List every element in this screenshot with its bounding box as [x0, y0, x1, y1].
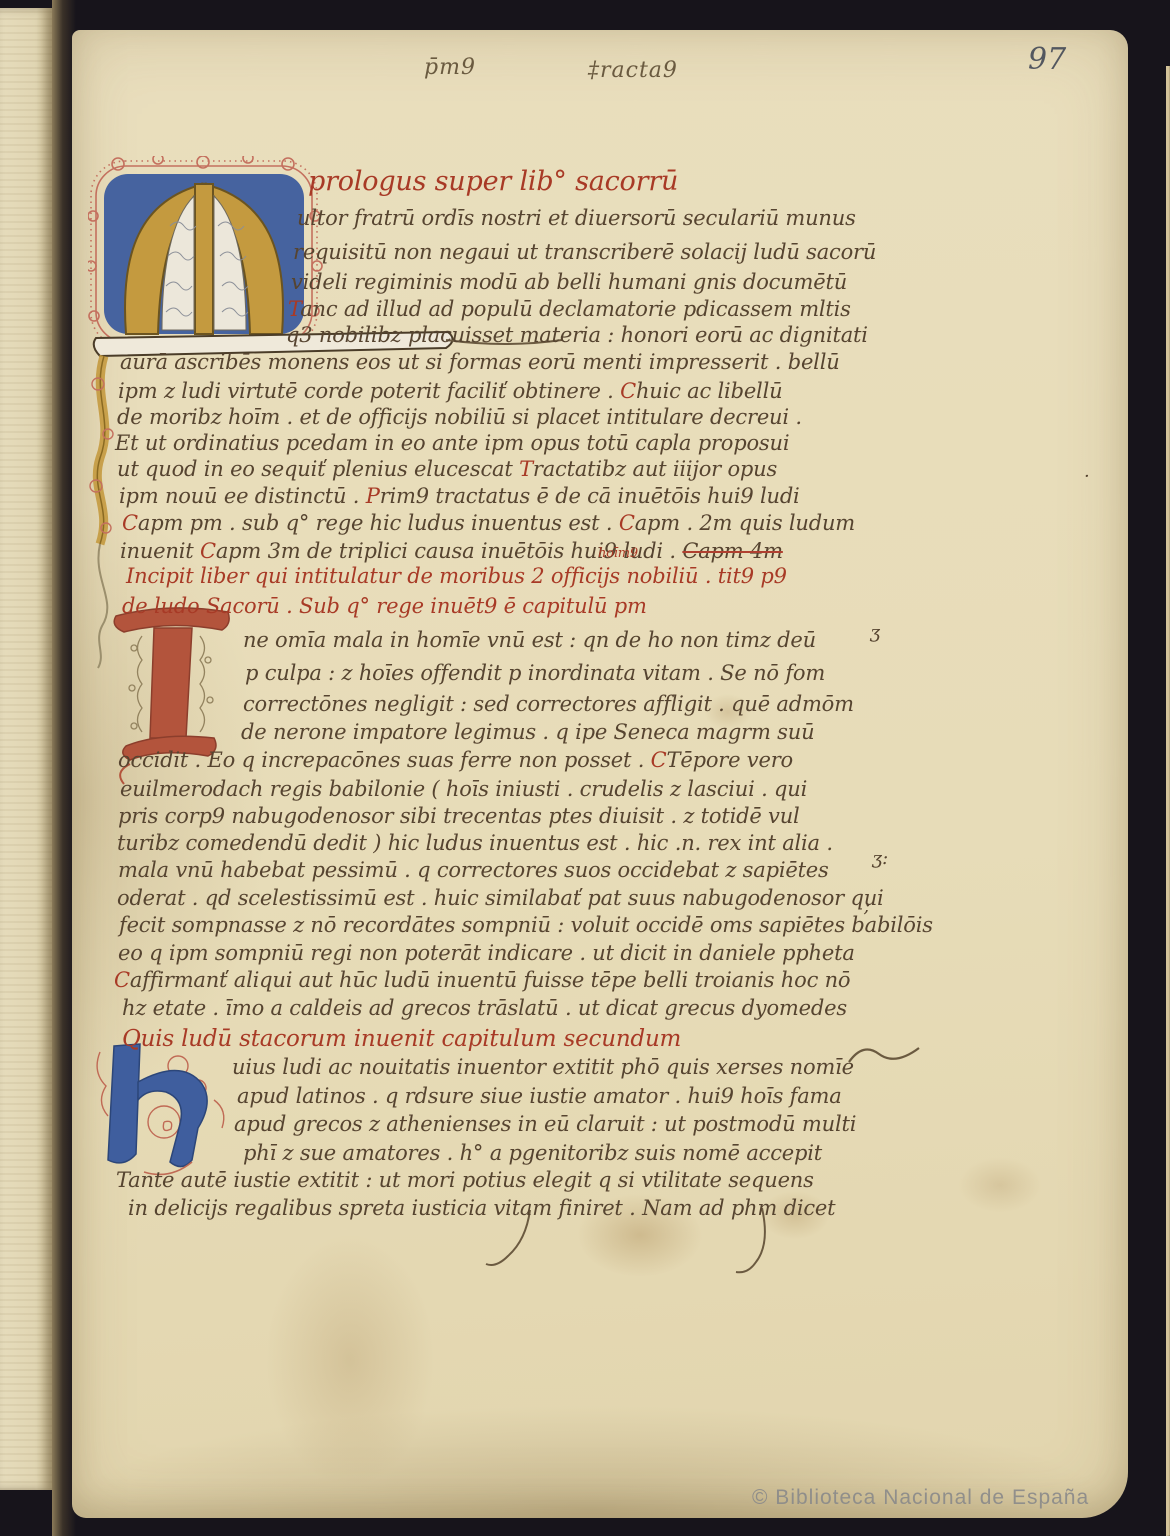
illuminated-initial-h [94, 1036, 244, 1196]
header-left-annotation: p̄m9 [424, 55, 476, 80]
header-center-annotation: ‡racta9 [588, 58, 678, 83]
margin-flourish [845, 1028, 925, 1072]
page-edge-stack [1166, 66, 1170, 1536]
pen-descenders [470, 1208, 790, 1303]
folio-number: 97 [1028, 42, 1066, 77]
watermark: © Biblioteca Nacional de España [752, 1486, 1089, 1510]
illuminated-initial-i [98, 596, 248, 786]
facing-page-edge [0, 8, 52, 1490]
manuscript-photo: p̄m9 ‡racta9 97 [0, 0, 1170, 1536]
